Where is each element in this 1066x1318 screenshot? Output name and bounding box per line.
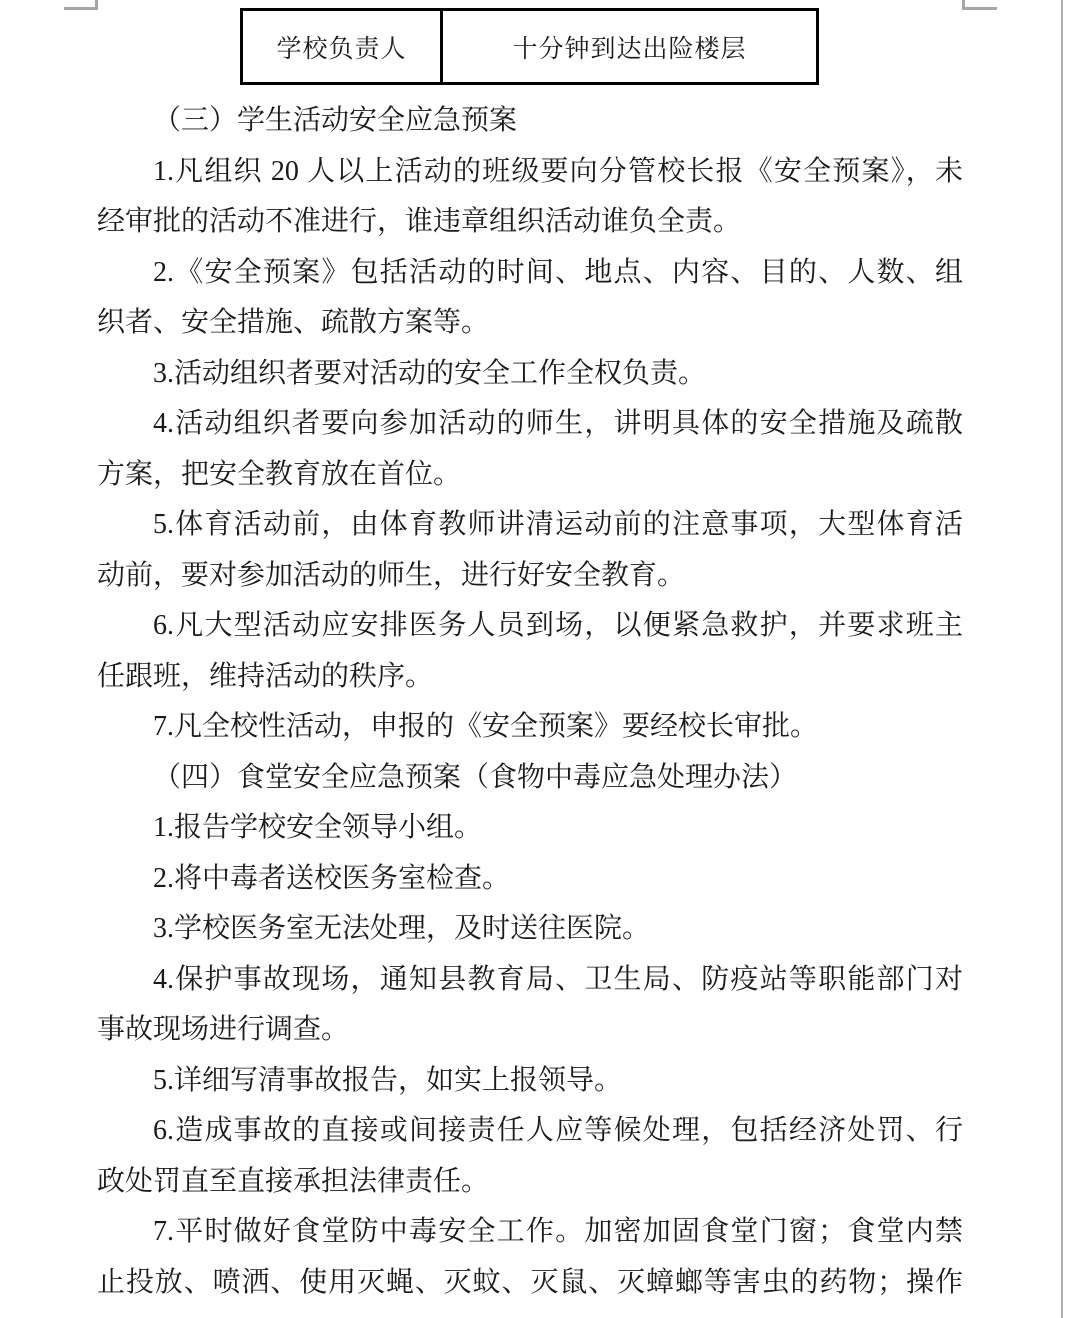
table-cell-ten-minute-arrival: 十分钟到达出险楼层: [443, 11, 816, 82]
text-line: 3.学校医务室无法处理，及时送往医院。: [97, 904, 963, 955]
table-cell-school-leader: 学校负责人: [243, 11, 443, 82]
text-line: 止投放、喷洒、使用灭蝇、灭蚊、灭鼠、灭蟑螂等害虫的药物；操作: [97, 1258, 963, 1309]
text-line: 3.活动组织者要对活动的安全工作全权负责。: [97, 349, 963, 400]
paragraph-section-3-item-3: 3.活动组织者要对活动的安全工作全权负责。: [97, 349, 963, 400]
text-line: 经审批的活动不准进行，谁违章组织活动谁负全责。: [97, 197, 963, 248]
paragraph-section-4-item-3: 3.学校医务室无法处理，及时送往医院。: [97, 904, 963, 955]
text-line: 4.保护事故现场，通知县教育局、卫生局、防疫站等职能部门对: [97, 955, 963, 1006]
margin-crop-mark-top-right-vertical: [962, 0, 965, 10]
text-line: 5.详细写清事故报告，如实上报领导。: [97, 1056, 963, 1107]
text-line: 织者、安全措施、疏散方案等。: [97, 298, 963, 349]
paragraph-section-4-heading: （四）食堂安全应急预案（食物中毒应急处理办法）: [97, 753, 963, 804]
paragraph-section-4-item-7: 7.平时做好食堂防中毒安全工作。加密加固食堂门窗；食堂内禁止投放、喷洒、使用灭蝇…: [97, 1207, 963, 1308]
paragraph-section-3-item-5: 5.体育活动前，由体育教师讲清运动前的注意事项，大型体育活动前，要对参加活动的师…: [97, 500, 963, 601]
document-body: （三）学生活动安全应急预案 1.凡组织 20 人以上活动的班级要向分管校长报《安…: [97, 96, 963, 1308]
paragraph-section-4-item-4: 4.保护事故现场，通知县教育局、卫生局、防疫站等职能部门对事故现场进行调查。: [97, 955, 963, 1056]
text-line: 1.报告学校安全领导小组。: [97, 803, 963, 854]
text-line: 动前，要对参加活动的师生，进行好安全教育。: [97, 551, 963, 602]
page-edge-line: [1061, 0, 1063, 1318]
paragraph-section-3-item-4: 4.活动组织者要向参加活动的师生，讲明具体的安全措施及疏散方案，把安全教育放在首…: [97, 399, 963, 500]
paragraph-section-3-item-7: 7.凡全校性活动，申报的《安全预案》要经校长审批。: [97, 702, 963, 753]
text-line: （三）学生活动安全应急预案: [97, 96, 963, 147]
text-line: 方案，把安全教育放在首位。: [97, 450, 963, 501]
text-line: 1.凡组织 20 人以上活动的班级要向分管校长报《安全预案》，未: [97, 147, 963, 198]
text-line: 6.造成事故的直接或间接责任人应等候处理，包括经济处罚、行: [97, 1106, 963, 1157]
paragraph-section-3-item-1: 1.凡组织 20 人以上活动的班级要向分管校长报《安全预案》，未经审批的活动不准…: [97, 147, 963, 248]
paragraph-section-4-item-1: 1.报告学校安全领导小组。: [97, 803, 963, 854]
text-line: 6.凡大型活动应安排医务人员到场，以便紧急救护，并要求班主: [97, 601, 963, 652]
text-line: 任跟班，维持活动的秩序。: [97, 652, 963, 703]
margin-crop-mark-top-left-vertical: [95, 0, 98, 10]
text-line: 7.平时做好食堂防中毒安全工作。加密加固食堂门窗；食堂内禁: [97, 1207, 963, 1258]
paragraph-section-3-heading: （三）学生活动安全应急预案: [97, 96, 963, 147]
margin-crop-mark-top-right-horizontal: [963, 7, 997, 10]
paragraph-section-4-item-2: 2.将中毒者送校医务室检查。: [97, 854, 963, 905]
paragraph-section-3-item-2: 2.《安全预案》包括活动的时间、地点、内容、目的、人数、组织者、安全措施、疏散方…: [97, 248, 963, 349]
text-line: 5.体育活动前，由体育教师讲清运动前的注意事项，大型体育活: [97, 500, 963, 551]
text-line: 7.凡全校性活动，申报的《安全预案》要经校长审批。: [97, 702, 963, 753]
paragraph-section-4-item-6: 6.造成事故的直接或间接责任人应等候处理，包括经济处罚、行政处罚直至直接承担法律…: [97, 1106, 963, 1207]
text-line: （四）食堂安全应急预案（食物中毒应急处理办法）: [97, 753, 963, 804]
document-page: 学校负责人 十分钟到达出险楼层 （三）学生活动安全应急预案 1.凡组织 20 人…: [0, 0, 1066, 1318]
text-line: 4.活动组织者要向参加活动的师生，讲明具体的安全措施及疏散: [97, 399, 963, 450]
text-line: 2.将中毒者送校医务室检查。: [97, 854, 963, 905]
text-line: 2.《安全预案》包括活动的时间、地点、内容、目的、人数、组: [97, 248, 963, 299]
text-line: 政处罚直至直接承担法律责任。: [97, 1157, 963, 1208]
responsibility-table: 学校负责人 十分钟到达出险楼层: [240, 8, 819, 85]
text-line: 事故现场进行调查。: [97, 1005, 963, 1056]
paragraph-section-3-item-6: 6.凡大型活动应安排医务人员到场，以便紧急救护，并要求班主任跟班，维持活动的秩序…: [97, 601, 963, 702]
paragraph-section-4-item-5: 5.详细写清事故报告，如实上报领导。: [97, 1056, 963, 1107]
margin-crop-mark-top-left-horizontal: [64, 7, 98, 10]
